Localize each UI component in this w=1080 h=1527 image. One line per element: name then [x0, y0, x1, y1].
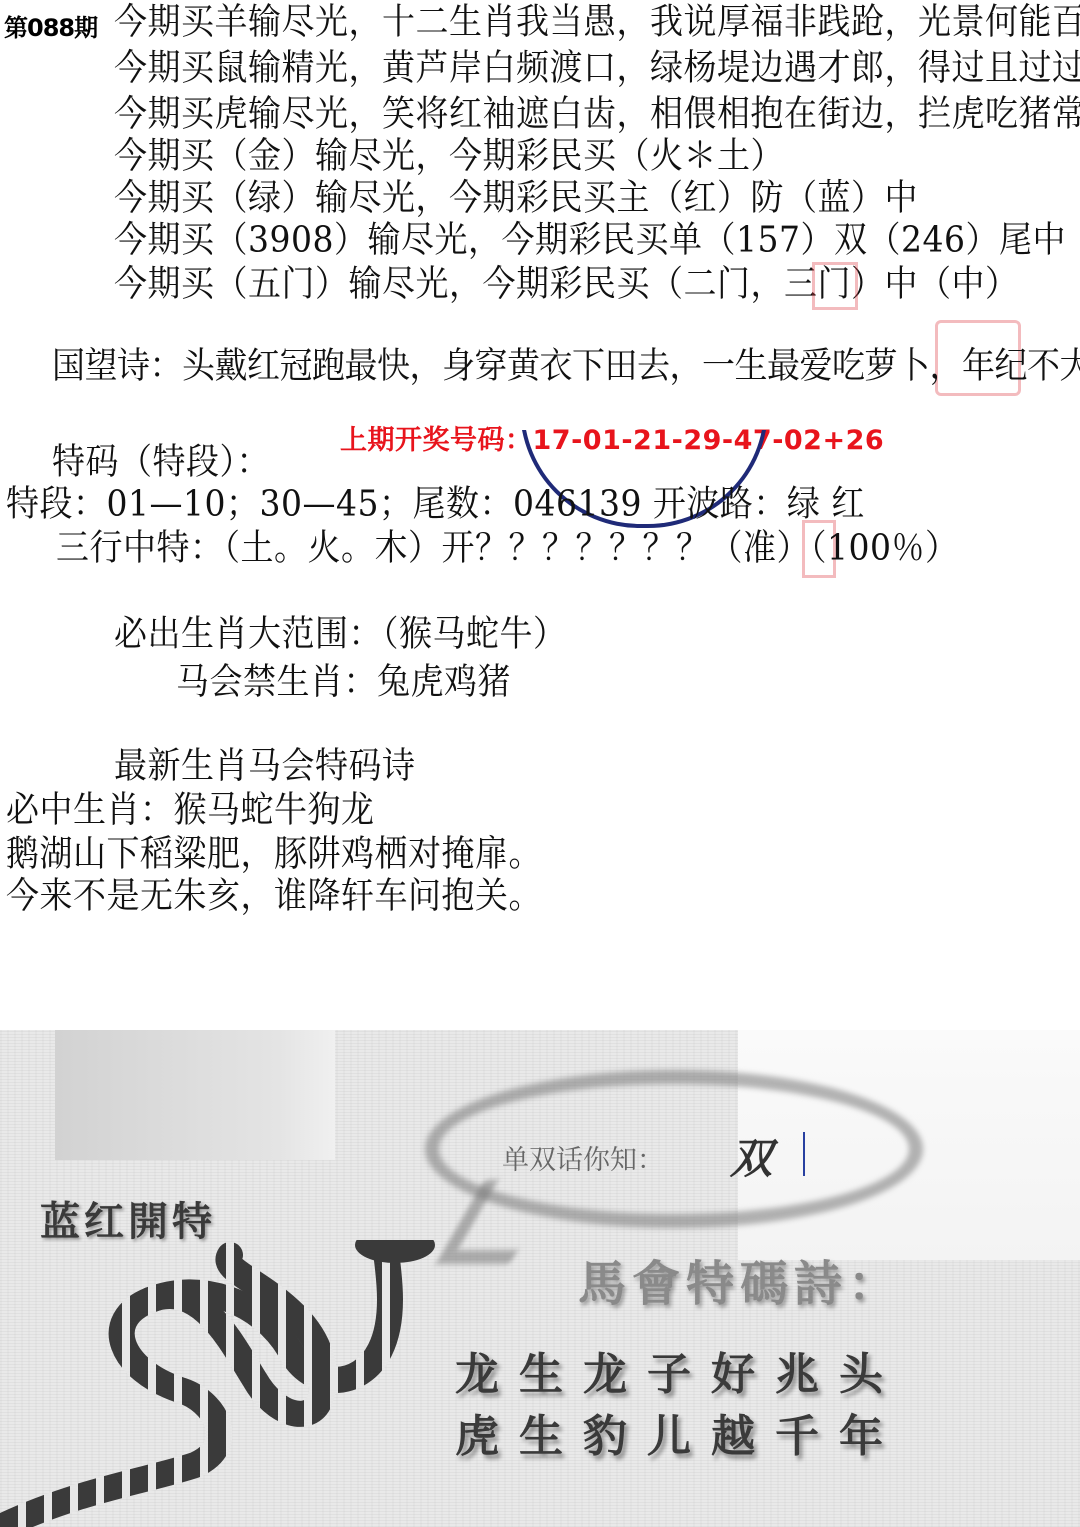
red-stamp-icon [812, 262, 858, 310]
lose-line-3: 今期买虎输尽光，笑将红袖遮白齿，相偎相抱在街边，拦虎吃猪常得手。 [114, 92, 1080, 135]
poem-line-1: 鹅湖山下稻粱肥，豚阱鸡栖对掩扉。 [6, 832, 542, 875]
lose-line-6: 今期买（3908）输尽光，今期彩民买单（157）双（246）尾中 [114, 218, 1066, 261]
last-draw-label: 上期开奖号码： [340, 425, 533, 456]
issue-number: 第088期 [4, 8, 97, 43]
special-heading: 特码（特段）： [52, 440, 270, 483]
horse-club-poem-line-2: 虎生豹儿越千年 [455, 1400, 903, 1464]
special-segments: 特段：01—10；30—45；尾数：046139 开波路：绿 红 [6, 482, 865, 525]
horse-club-poem-title: 馬會特碼詩： [578, 1245, 902, 1314]
three-elements: 三行中特：（土。火。木）开？？？？？？？（准）（100％） [56, 526, 959, 569]
lose-line-4: 今期买（金）输尽光，今期彩民买（火＊土） [114, 134, 784, 177]
panel-title: 蓝红開特 [40, 1190, 216, 1247]
odd-even-label: 单双话你知： [502, 1138, 664, 1177]
lose-line-2: 今期买鼠输精光，黄芦岸白频渡口，绿杨堤边遇才郎，得过且过过闲仙。 [114, 46, 1080, 89]
lose-line-7: 今期买（五门）输尽光，今期彩民买（二门，三门）中（中） [114, 262, 1019, 305]
latest-poem-title: 最新生肖马会特码诗 [114, 744, 416, 787]
odd-even-value: 双 [730, 1126, 772, 1186]
blurred-area [55, 1030, 335, 1160]
horse-club-poem-line-1: 龙生龙子好兆头 [455, 1338, 903, 1402]
poem-line-2: 今来不是无朱亥，谁降轩车问抱关。 [6, 874, 542, 917]
lose-line-5: 今期买（绿）输尽光，今期彩民买主（红）防（蓝）中 [114, 176, 918, 219]
bottom-image-panel: 单双话你知： 双 蓝红開特 馬會特碼詩： 龙生龙子好兆头 虎生豹儿越千年 [0, 1030, 1080, 1527]
must-zodiac-range: 必出生肖大范围：（猴马蛇牛） [114, 612, 567, 655]
text-cursor [803, 1132, 805, 1176]
snake-icon [0, 1240, 470, 1527]
banned-zodiac: 马会禁生肖：兔虎鸡猪 [176, 660, 511, 703]
lose-line-1: 今期买羊输尽光，十二生肖我当愚，我说厚福非践跄，光景何能百年久。 [114, 0, 1080, 43]
guowang-poem: 国望诗：头戴红冠跑最快，身穿黄衣下田去，一生最爱吃萝卜，年纪不大胡须长。 [52, 344, 1080, 387]
must-hit-zodiac: 必中生肖：猴马蛇牛狗龙 [6, 788, 375, 831]
